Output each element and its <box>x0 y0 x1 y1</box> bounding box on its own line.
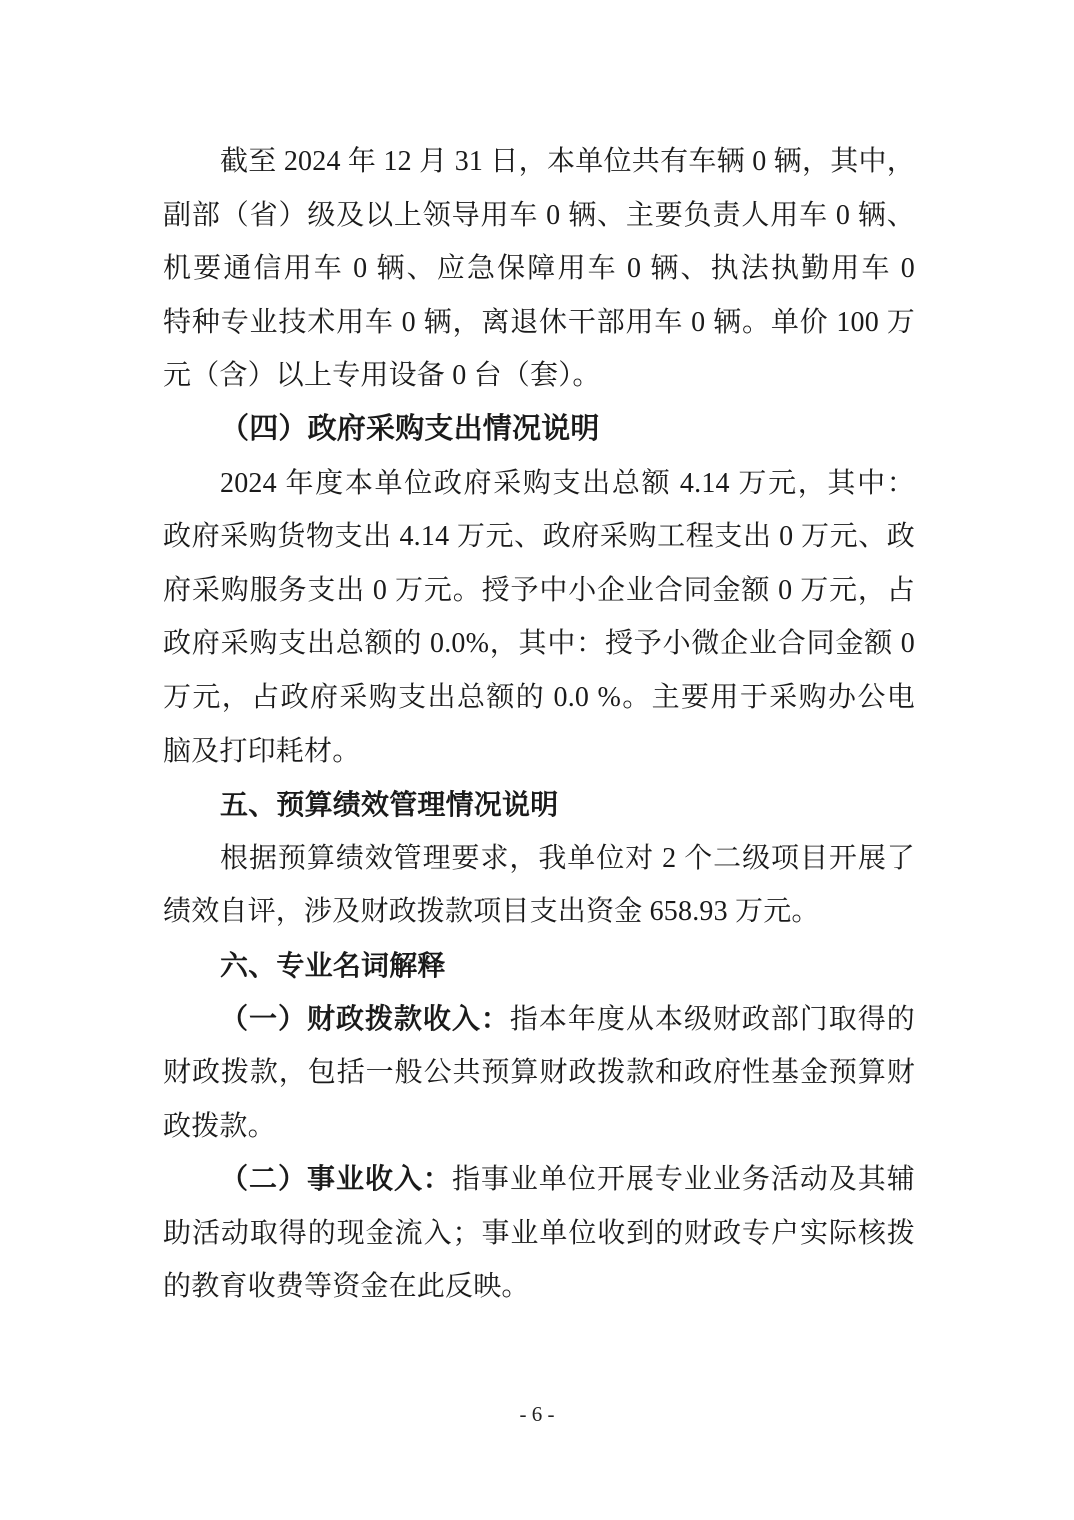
body-line: 府采购服务支出 0 万元。授予中小企业合同金额 0 万元，占 <box>163 564 915 618</box>
term-label: （一）财政拨款收入： <box>220 1004 510 1035</box>
document-page: 截至 2024 年 12 月 31 日，本单位共有车辆 0 辆，其中， 副部（省… <box>0 0 1074 1520</box>
body-line: 政府采购货物支出 4.14 万元、政府采购工程支出 0 万元、政 <box>163 510 915 564</box>
term-label: （二）事业收入： <box>220 1164 452 1195</box>
document-text-block: 截至 2024 年 12 月 31 日，本单位共有车辆 0 辆，其中， 副部（省… <box>163 135 915 1314</box>
body-line: 万元，占政府采购支出总额的 0.0 %。主要用于采购办公电 <box>163 671 915 725</box>
body-line: 副部（省）级及以上领导用车 0 辆、主要负责人用车 0 辆、 <box>163 189 915 243</box>
heading-section-5-budget-performance: 五、预算绩效管理情况说明 <box>163 778 915 832</box>
body-line: 脑及打印耗材。 <box>163 725 915 779</box>
term-definition: 指事业单位开展专业业务活动及其辅 <box>452 1164 915 1195</box>
heading-section-4-gov-procurement: （四）政府采购支出情况说明 <box>163 403 915 457</box>
body-line: 财政拨款，包括一般公共预算财政拨款和政府性基金预算财 <box>163 1046 915 1100</box>
body-line: 助活动取得的现金流入；事业单位收到的财政专户实际核拨 <box>163 1207 915 1261</box>
heading-section-6-terminology: 六、专业名词解释 <box>163 939 915 993</box>
body-line: 绩效自评，涉及财政拨款项目支出资金 658.93 万元。 <box>163 885 915 939</box>
body-line: 元（含）以上专用设备 0 台（套）。 <box>163 349 915 403</box>
body-line: 根据预算绩效管理要求，我单位对 2 个二级项目开展了 <box>163 832 915 886</box>
page-number: - 6 - <box>0 1402 1074 1427</box>
term-definition: 指本年度从本级财政部门取得的 <box>510 1004 915 1035</box>
body-line: 政拨款。 <box>163 1100 915 1154</box>
body-line: 政府采购支出总额的 0.0%，其中：授予小微企业合同金额 0 <box>163 617 915 671</box>
body-line: 2024 年度本单位政府采购支出总额 4.14 万元，其中： <box>163 457 915 511</box>
body-line: 截至 2024 年 12 月 31 日，本单位共有车辆 0 辆，其中， <box>163 135 915 189</box>
body-line: 特种专业技术用车 0 辆，离退休干部用车 0 辆。单价 100 万 <box>163 296 915 350</box>
term-line-fiscal-appropriation-income: （一）财政拨款收入：指本年度从本级财政部门取得的 <box>163 993 915 1047</box>
body-line: 机要通信用车 0 辆、应急保障用车 0 辆、执法执勤用车 0 辆， <box>163 242 915 296</box>
term-line-operational-income: （二）事业收入：指事业单位开展专业业务活动及其辅 <box>163 1153 915 1207</box>
body-line: 的教育收费等资金在此反映。 <box>163 1260 915 1314</box>
